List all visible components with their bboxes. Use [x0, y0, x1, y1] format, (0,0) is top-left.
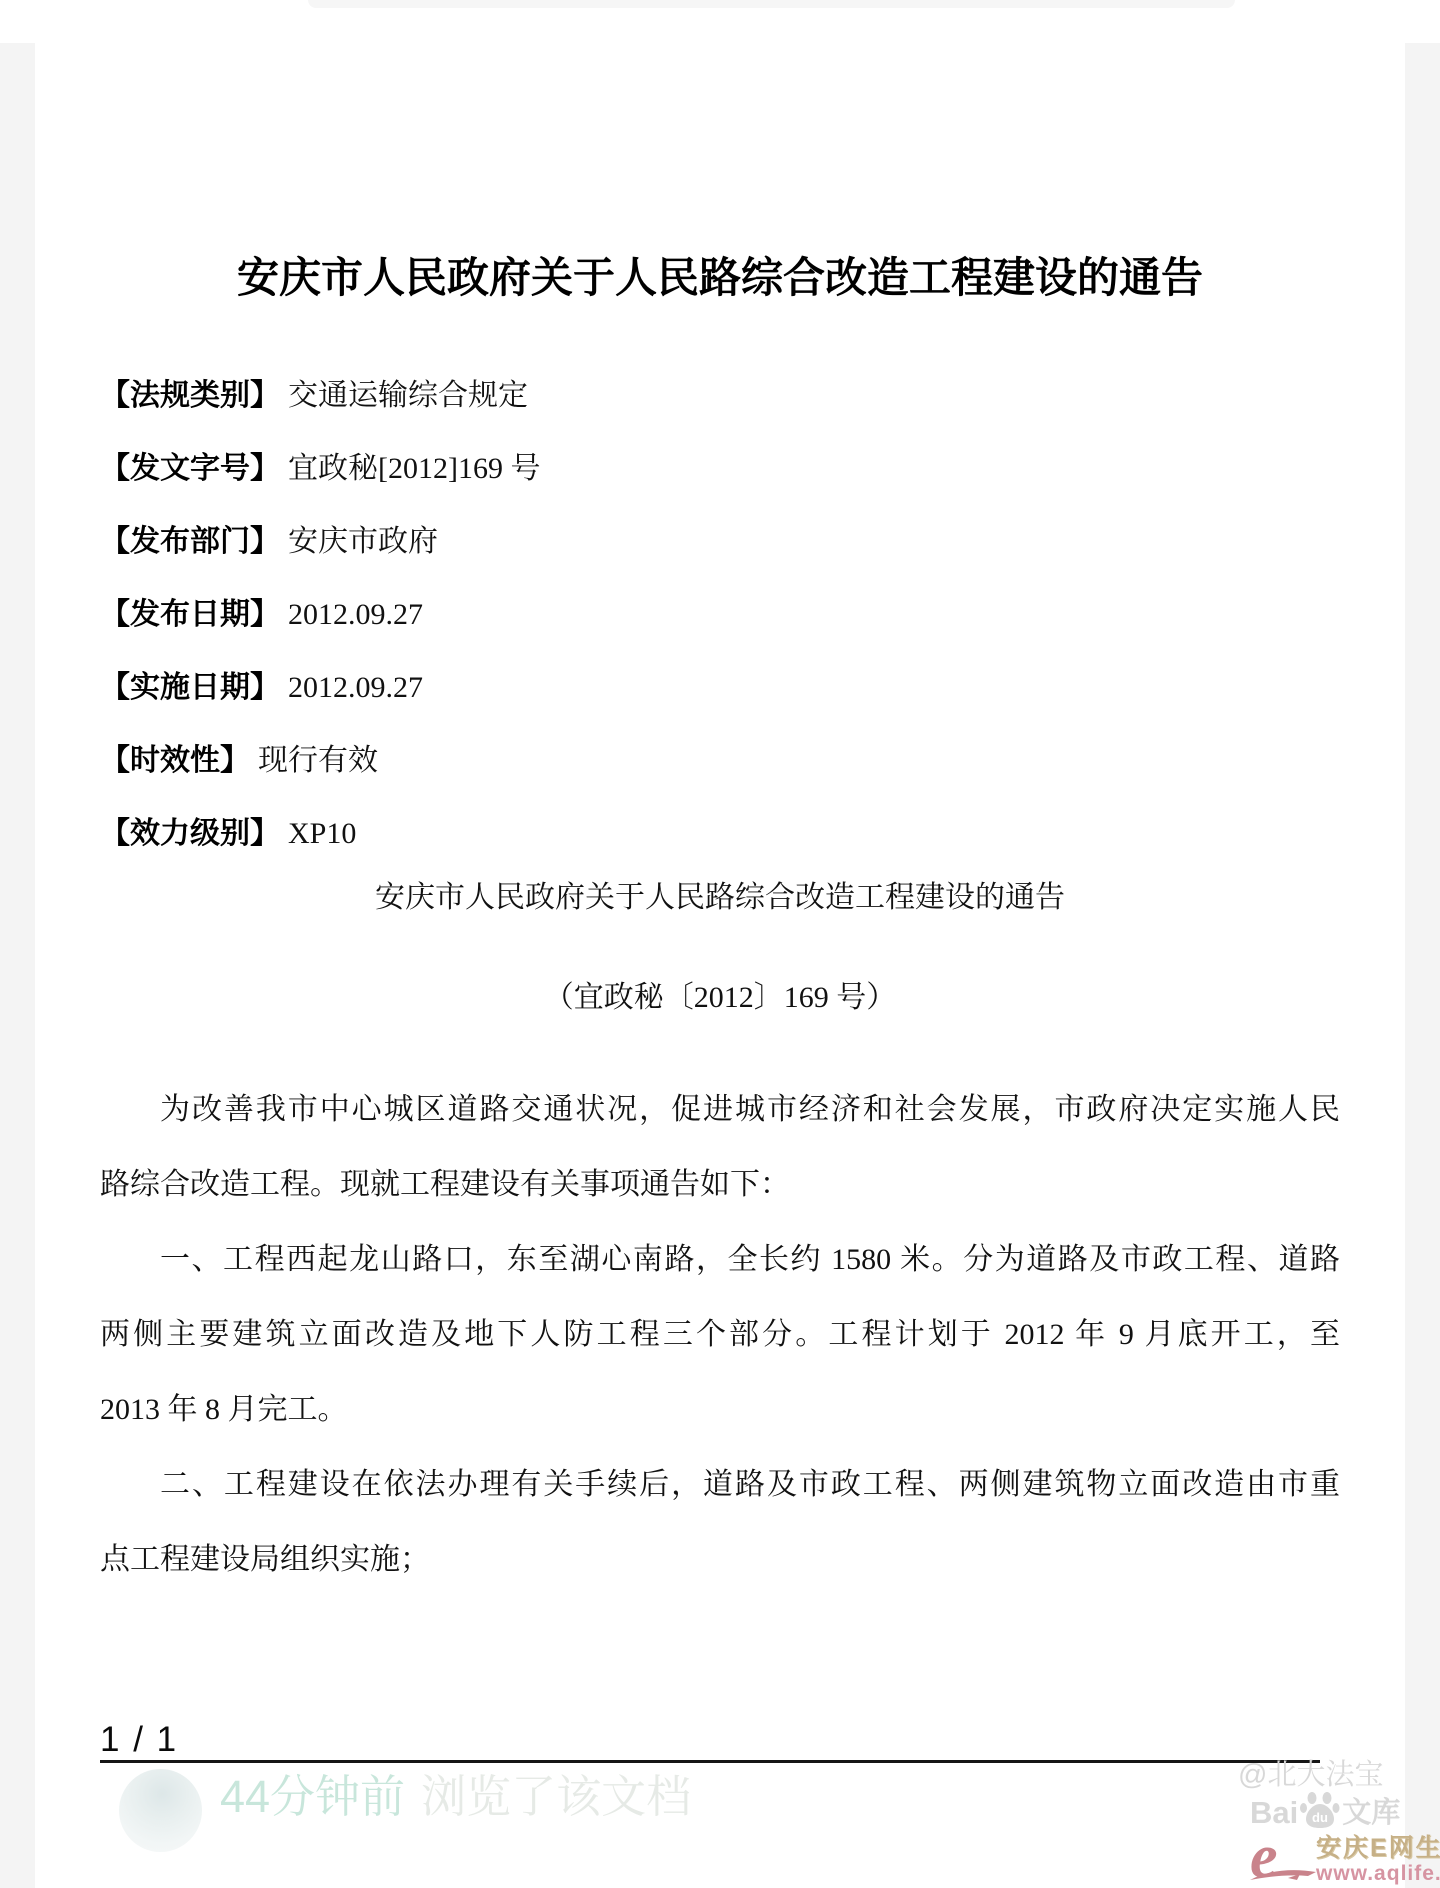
- avatar: [119, 1769, 202, 1852]
- doc-subtitle: 安庆市人民政府关于人民路综合改造工程建设的通告: [100, 878, 1340, 918]
- doc-meta-list: 【法规类别】交通运输综合规定 【发文字号】宜政秘[2012]169 号 【发布部…: [100, 359, 1340, 870]
- meta-value: 2012.09.27: [288, 598, 423, 631]
- toast-time: 44分钟前: [220, 1771, 405, 1822]
- meta-value: 宜政秘[2012]169 号: [288, 452, 540, 485]
- body-line: 二、工程建设在依法办理有关手续后，道路及市政工程、两侧建筑物立面改造由市重: [100, 1447, 1340, 1522]
- toast-action: 浏览了该文档: [421, 1771, 691, 1822]
- aqlife-logo-icon: e: [1250, 1834, 1312, 1886]
- baidu-wenku-text: 文库: [1342, 1798, 1400, 1828]
- viewer-screen: { "doc": { "title": "安庆市人民政府关于人民路综合改造工程建…: [0, 0, 1440, 1888]
- document-page[interactable]: 安庆市人民政府关于人民路综合改造工程建设的通告 【法规类别】交通运输综合规定 【…: [35, 43, 1405, 1888]
- meta-line-issuer: 【发布部门】安庆市政府: [100, 505, 1340, 578]
- meta-value: 安庆市政府: [288, 525, 438, 558]
- baidu-paw-icon: du: [1300, 1792, 1340, 1830]
- meta-line-category: 【法规类别】交通运输综合规定: [100, 359, 1340, 432]
- aqlife-text-block: 安庆E网生活 www.aqlife.com: [1316, 1835, 1440, 1886]
- footer-divider: [100, 1760, 1320, 1763]
- meta-label: 【发文字号】: [100, 452, 280, 485]
- meta-label: 【效力级别】: [100, 817, 280, 850]
- doc-number: （宜政秘〔2012〕169 号）: [100, 978, 1340, 1018]
- body-line: 为改善我市中心城区道路交通状况，促进城市经济和社会发展，市政府决定实施人民: [100, 1072, 1340, 1147]
- meta-label: 【发布日期】: [100, 598, 280, 631]
- aqlife-site-url: www.aqlife.com: [1316, 1862, 1440, 1886]
- meta-value: XP10: [288, 817, 356, 850]
- body-line: 一、工程西起龙山路口，东至湖心南路，全长约 1580 米。分为道路及市政工程、道…: [100, 1222, 1340, 1297]
- body-line: 2013 年 8 月完工。: [100, 1372, 1340, 1447]
- meta-line-validity: 【时效性】现行有效: [100, 724, 1340, 797]
- svg-text:du: du: [1312, 1810, 1328, 1825]
- aqlife-swoosh-icon: [1248, 1864, 1318, 1886]
- body-line: 两侧主要建筑立面改造及地下人防工程三个部分。工程计划于 2012 年 9 月底开…: [100, 1297, 1340, 1372]
- doc-body: 为改善我市中心城区道路交通状况，促进城市经济和社会发展，市政府决定实施人民 路综…: [100, 1072, 1340, 1597]
- meta-label: 【时效性】: [100, 744, 250, 777]
- meta-line-level: 【效力级别】XP10: [100, 797, 1340, 870]
- aqlife-site-name: 安庆E网生活: [1316, 1835, 1440, 1862]
- meta-label: 【实施日期】: [100, 671, 280, 704]
- toast-text: 44分钟前浏览了该文档: [220, 1772, 691, 1822]
- aqlife-watermark: e 安庆E网生活 www.aqlife.com: [1250, 1834, 1440, 1886]
- top-rounded-tab: [308, 0, 1235, 8]
- meta-value: 2012.09.27: [288, 671, 423, 704]
- body-line: 路综合改造工程。现就工程建设有关事项通告如下：: [100, 1147, 1340, 1222]
- page-indicator: 1 / 1: [100, 1722, 178, 1758]
- meta-line-doc-number: 【发文字号】宜政秘[2012]169 号: [100, 432, 1340, 505]
- doc-title: 安庆市人民政府关于人民路综合改造工程建设的通告: [100, 255, 1340, 301]
- meta-line-issue-date: 【发布日期】2012.09.27: [100, 578, 1340, 651]
- meta-value: 现行有效: [258, 744, 378, 777]
- body-line: 点工程建设局组织实施；: [100, 1522, 1340, 1597]
- meta-label: 【发布部门】: [100, 525, 280, 558]
- pkulaw-watermark: @北大法宝: [1238, 1758, 1383, 1792]
- meta-line-effective-date: 【实施日期】2012.09.27: [100, 651, 1340, 724]
- meta-value: 交通运输综合规定: [288, 379, 528, 412]
- meta-label: 【法规类别】: [100, 379, 280, 412]
